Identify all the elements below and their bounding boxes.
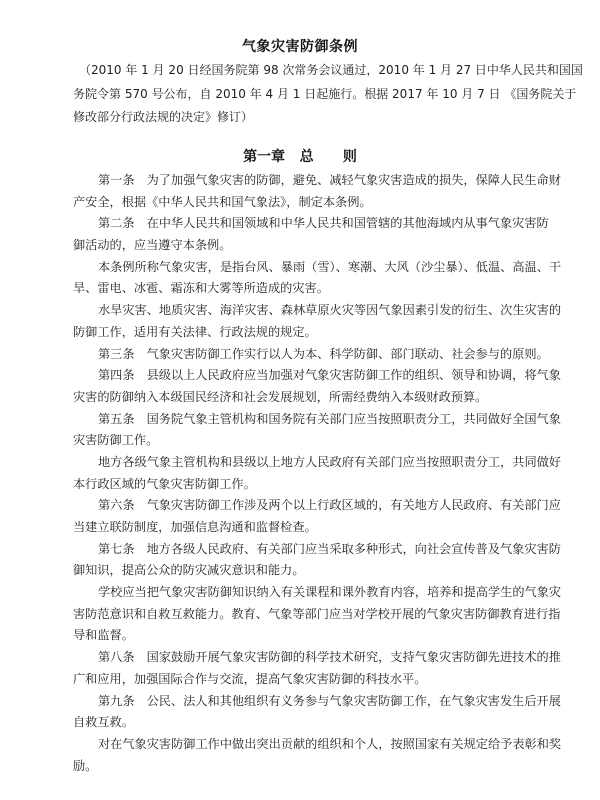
article-number: 第七条	[98, 542, 135, 556]
article-number: 第八条	[98, 650, 135, 664]
article-line: 第三条气象灾害防御工作实行以人为本、科学防御、部门联动、社会参与的原则。	[73, 344, 533, 366]
article-line: 第九条公民、法人和其他组织有义务参与气象灾害防御工作，在气象灾害发生后开展	[73, 691, 533, 713]
document-page: 气象灾害防御条例 （2010 年 1 月 20 日经国务院第 98 次常务会议通…	[0, 0, 600, 800]
text-line: 当建立联防制度，加强信息沟通和监督检查。	[73, 517, 533, 539]
article-number: 第三条	[98, 347, 135, 361]
article-line: 第一条为了加强气象灾害的防御，避免、减轻气象灾害造成的损失，保障人民生命财	[73, 170, 533, 192]
article-text: 在中华人民共和国领域和中华人民共和国管辖的其他海域内从事气象灾害防	[147, 216, 549, 230]
article-line: 第五条国务院气象主管机构和国务院有关部门应当按照职责分工，共同做好全国气象	[73, 409, 533, 431]
article-line: 第四条县级以上人民政府应当加强对气象灾害防御工作的组织、领导和协调，将气象	[73, 365, 533, 387]
article-text: 气象灾害防御工作涉及两个以上行政区域的，有关地方人民政府、有关部门应	[147, 498, 561, 512]
article-number: 第五条	[98, 412, 135, 426]
article-text: 气象灾害防御工作实行以人为本、科学防御、部门联动、社会参与的原则。	[147, 347, 549, 361]
text-line: 导和监督。	[73, 625, 533, 647]
subtitle-line: 修改部分行政法规的决定》修订）	[73, 107, 533, 131]
article-line: 第七条地方各级人民政府、有关部门应当采取多种形式，向社会宣传普及气象灾害防	[73, 539, 533, 561]
text-line: 害防范意识和自救互救能力。教育、气象等部门应当对学校开展的气象灾害防御教育进行指	[73, 604, 533, 626]
article-text: 地方各级人民政府、有关部门应当采取多种形式，向社会宣传普及气象灾害防	[147, 542, 561, 556]
text-line: 防御工作，适用有关法律、行政法规的规定。	[73, 322, 533, 344]
document-body: 第一条为了加强气象灾害的防御，避免、减轻气象灾害造成的损失，保障人民生命财产安全…	[73, 170, 533, 777]
subtitle-line: 务院令第 570 号公布，自 2010 年 4 月 1 日起施行。根据 2017…	[73, 84, 533, 108]
article-text: 国家鼓励开展气象灾害防御的科学技术研究，支持气象灾害防御先进技术的推	[147, 650, 561, 664]
chapter-heading: 第一章 总 则	[0, 146, 600, 166]
text-line: 旱、雷电、冰雹、霜冻和大雾等所造成的灾害。	[73, 278, 533, 300]
article-number: 第一条	[98, 173, 135, 187]
text-line: 灾害防御工作。	[73, 430, 533, 452]
article-line: 第二条在中华人民共和国领域和中华人民共和国管辖的其他海域内从事气象灾害防	[73, 213, 533, 235]
text-line: 灾害的防御纳入本级国民经济和社会发展规划，所需经费纳入本级财政预算。	[73, 387, 533, 409]
subtitle-line: （2010 年 1 月 20 日经国务院第 98 次常务会议通过，2010 年 …	[73, 60, 533, 84]
text-line: 自救互救。	[73, 712, 533, 734]
text-line: 本行政区域的气象灾害防御工作。	[73, 474, 533, 496]
text-line: 励。	[73, 756, 533, 778]
article-number: 第二条	[98, 216, 135, 230]
article-number: 第六条	[98, 498, 135, 512]
article-line: 第八条国家鼓励开展气象灾害防御的科学技术研究，支持气象灾害防御先进技术的推	[73, 647, 533, 669]
text-line: 御知识，提高公众的防灾减灾意识和能力。	[73, 560, 533, 582]
article-number: 第四条	[98, 368, 135, 382]
article-line: 第六条气象灾害防御工作涉及两个以上行政区域的，有关地方人民政府、有关部门应	[73, 495, 533, 517]
document-title: 气象灾害防御条例	[0, 36, 600, 56]
article-text: 县级以上人民政府应当加强对气象灾害防御工作的组织、领导和协调，将气象	[147, 368, 561, 382]
document-subtitle: （2010 年 1 月 20 日经国务院第 98 次常务会议通过，2010 年 …	[73, 60, 533, 131]
text-line: 广和应用，加强国际合作与交流，提高气象灾害防御的科技水平。	[73, 669, 533, 691]
text-line: 本条例所称气象灾害，是指台风、暴雨（雪）、寒潮、大风（沙尘暴）、低温、高温、干	[73, 257, 533, 279]
text-line: 产安全，根据《中华人民共和国气象法》，制定本条例。	[73, 192, 533, 214]
text-line: 水旱灾害、地质灾害、海洋灾害、森林草原火灾等因气象因素引发的衍生、次生灾害的	[73, 300, 533, 322]
text-line: 对在气象灾害防御工作中做出突出贡献的组织和个人，按照国家有关规定给予表彰和奖	[73, 734, 533, 756]
text-line: 学校应当把气象灾害防御知识纳入有关课程和课外教育内容，培养和提高学生的气象灾	[73, 582, 533, 604]
text-line: 地方各级气象主管机构和县级以上地方人民政府有关部门应当按照职责分工，共同做好	[73, 452, 533, 474]
article-text: 国务院气象主管机构和国务院有关部门应当按照职责分工，共同做好全国气象	[147, 412, 561, 426]
article-number: 第九条	[98, 694, 135, 708]
text-line: 御活动的，应当遵守本条例。	[73, 235, 533, 257]
article-text: 为了加强气象灾害的防御，避免、减轻气象灾害造成的损失，保障人民生命财	[147, 173, 561, 187]
article-text: 公民、法人和其他组织有义务参与气象灾害防御工作，在气象灾害发生后开展	[147, 694, 561, 708]
